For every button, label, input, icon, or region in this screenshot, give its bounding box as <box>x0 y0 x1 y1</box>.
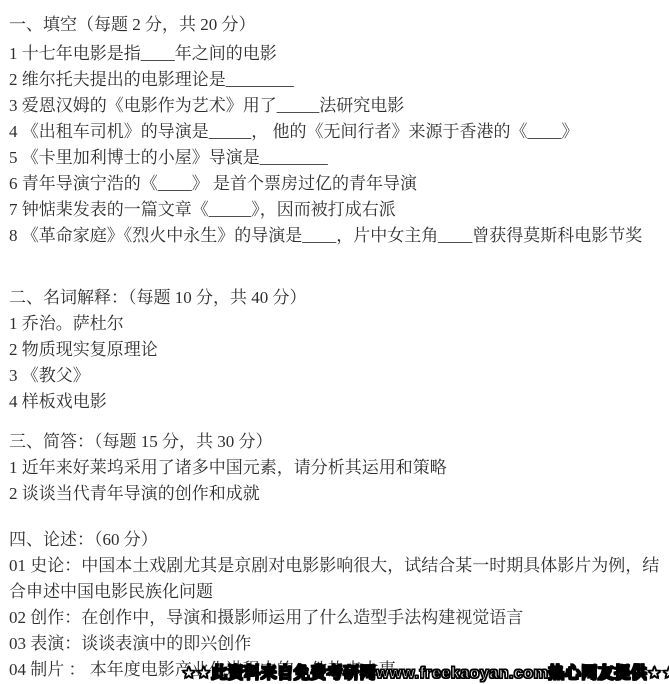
section-fill-in-blanks: 一、填空（每题 2 分，共 20 分） 1 十七年电影是指____年之间的电影 … <box>9 12 663 249</box>
question-line: 3 爱恩汉姆的《电影作为艺术》用了_____法研究电影 <box>9 93 663 119</box>
exam-paper: 一、填空（每题 2 分，共 20 分） 1 十七年电影是指____年之间的电影 … <box>0 0 669 683</box>
question-line: 1 十七年电影是指____年之间的电影 <box>9 41 663 67</box>
section-4-heading: 四、论述：（60 分） <box>9 527 663 553</box>
question-line: 02 创作：在创作中，导演和摄影师运用了什么造型手法构建视觉语言 <box>9 605 663 631</box>
question-line: 5 《卡里加利博士的小屋》导演是________ <box>9 145 663 171</box>
question-line: 7 钟惦棐发表的一篇文章《_____》，因而被打成右派 <box>9 197 663 223</box>
question-line: 01 史论：中国本土戏剧尤其是京剧对电影影响很大，试结合某一时期具体影片为例，结… <box>9 553 663 605</box>
question-line: 8 《革命家庭》《烈火中永生》的导演是____，片中女主角____曾获得莫斯科电… <box>9 223 663 249</box>
section-1-heading: 一、填空（每题 2 分，共 20 分） <box>9 12 663 38</box>
question-line: 1 近年来好莱坞采用了诸多中国元素，请分析其运用和策略 <box>9 455 663 481</box>
question-line: 1 乔治。萨杜尔 <box>9 311 663 337</box>
section-short-answer: 三、简答：（每题 15 分，共 30 分） 1 近年来好莱坞采用了诸多中国元素，… <box>9 429 663 507</box>
section-2-heading: 二、名词解释：（每题 10 分，共 40 分） <box>9 285 663 311</box>
question-line: 4 《出租车司机》的导演是_____， 他的《无间行者》来源于香港的《____》 <box>9 119 663 145</box>
question-line: 2 维尔托夫提出的电影理论是________ <box>9 67 663 93</box>
question-line: 03 表演：谈谈表演中的即兴创作 <box>9 631 663 657</box>
question-line: 2 谈谈当代青年导演的创作和成就 <box>9 481 663 507</box>
question-line: 6 青年导演宁浩的《____》 是首个票房过亿的青年导演 <box>9 171 663 197</box>
question-line: 2 物质现实复原理论 <box>9 337 663 363</box>
question-line: 4 样板戏电影 <box>9 389 663 415</box>
watermark-banner: ★★此资料来自免费考研网www.freekaoyan.com热心网友提供★★ <box>182 660 669 683</box>
section-term-definitions: 二、名词解释：（每题 10 分，共 40 分） 1 乔治。萨杜尔 2 物质现实复… <box>9 285 663 415</box>
question-line: 3 《教父》 <box>9 363 663 389</box>
section-3-heading: 三、简答：（每题 15 分，共 30 分） <box>9 429 663 455</box>
